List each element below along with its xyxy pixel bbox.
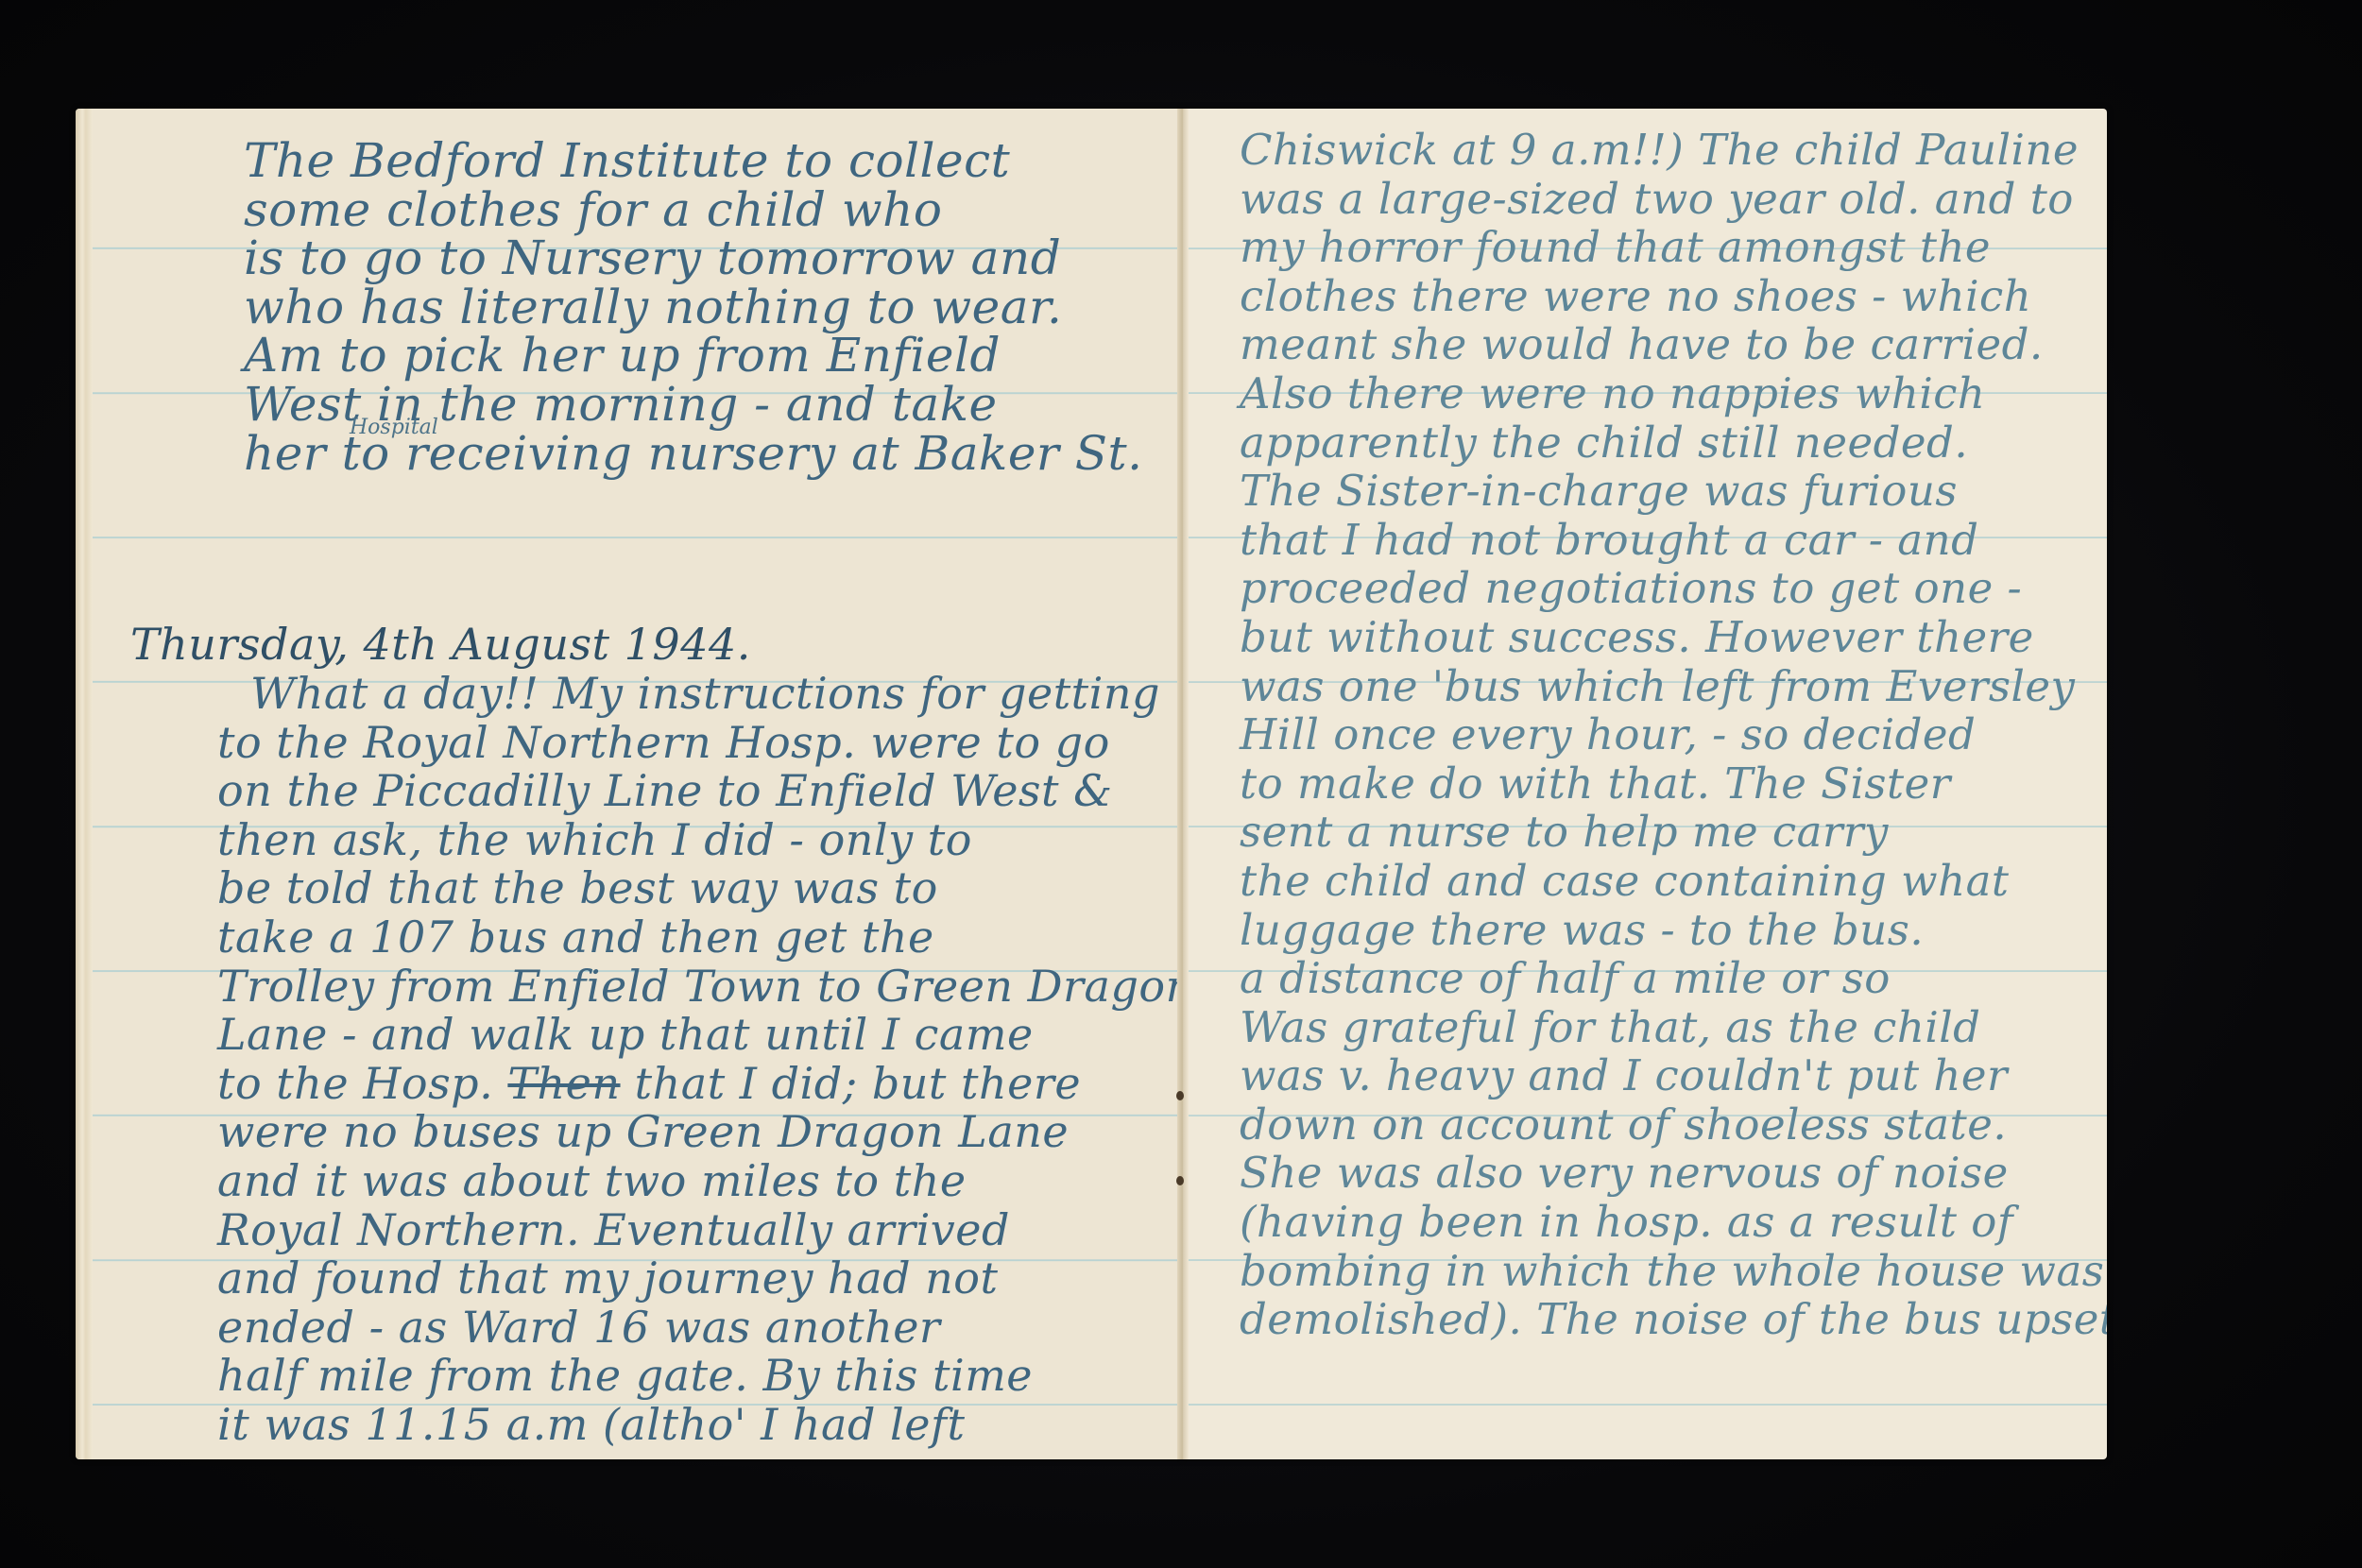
text-line: was one 'bus which left from Eversley [1240, 662, 2107, 711]
left-page-entry: What a day!! My instructions for getting… [217, 670, 1181, 1450]
text-line: clothes there were no shoes - which [1240, 272, 2107, 321]
right-page-entry: Chiswick at 9 a.m!!) The child Pauline w… [1240, 126, 2107, 1344]
text-line: be told that the best way was to [217, 864, 1181, 913]
text-line: to make do with that. The Sister [1240, 759, 2107, 809]
text-line: bombing in which the whole house was [1240, 1247, 2107, 1296]
struck-out-word: Then [507, 1058, 620, 1109]
text-line: a distance of half a mile or so [1240, 954, 2107, 1003]
text-line: sent a nurse to help me carry [1240, 808, 2107, 857]
text-line: were no buses up Green Dragon Lane [217, 1108, 1181, 1157]
text-line: half mile from the gate. By this time [217, 1352, 1181, 1401]
text-line: The Sister-in-charge was furious [1240, 467, 2107, 516]
entry-date-heading: Thursday, 4th August 1944. [130, 621, 751, 670]
text-line: Was grateful for that, as the child [1240, 1003, 2107, 1052]
text-line: take a 107 bus and then get the [217, 913, 1181, 963]
text-line: but without success. However there [1240, 613, 2107, 662]
text-line: (having been in hosp. as a result of [1240, 1198, 2107, 1247]
text-line: demolished). The noise of the bus upset [1240, 1295, 2107, 1344]
text-line: then ask, the which I did - only to [217, 816, 1181, 865]
text-line: Am to pick her up from Enfield [244, 332, 1142, 381]
text-line: was v. heavy and I couldn't put her [1240, 1051, 2107, 1100]
text-line: luggage there was - to the bus. [1240, 906, 2107, 955]
text-line: on the Piccadilly Line to Enfield West & [217, 767, 1181, 816]
text-line: was a large-sized two year old. and to [1240, 175, 2107, 224]
text-line: ended - as Ward 16 was another [217, 1304, 1181, 1353]
open-notebook: The Bedford Institute to collect some cl… [76, 109, 2107, 1459]
text-line: proceeded negotiations to get one - [1240, 564, 2107, 613]
binding-staple-bottom [1176, 1176, 1184, 1185]
text-line: my horror found that amongst the [1240, 223, 2107, 272]
text-line: down on account of shoeless state. [1240, 1100, 2107, 1150]
text-line: Hill once every hour, - so decided [1240, 710, 2107, 759]
text-line: that I had not brought a car - and [1240, 516, 2107, 565]
text-line: What a day!! My instructions for getting [217, 670, 1181, 719]
text-line: apparently the child still needed. [1240, 418, 2107, 468]
text-fragment: to the Hosp. [217, 1058, 493, 1109]
text-line: Lane - and walk up that until I came [217, 1011, 1181, 1060]
inserted-word-hospital: Hospital [350, 416, 438, 439]
text-line: the child and case containing what [1240, 857, 2107, 906]
text-line: to the Royal Northern Hosp. were to go [217, 719, 1181, 768]
text-line: it was 11.15 a.m (altho' I had left [217, 1401, 1181, 1450]
text-line: Chiswick at 9 a.m!!) The child Pauline [1240, 126, 2107, 175]
binding-staple-top [1176, 1091, 1184, 1100]
text-line: is to go to Nursery tomorrow and [244, 234, 1142, 283]
text-line-with-strike: to the Hosp. Then that I did; but there [217, 1060, 1181, 1109]
text-line: and found that my journey had not [217, 1254, 1181, 1304]
right-page: Chiswick at 9 a.m!!) The child Pauline w… [1183, 109, 2107, 1459]
text-line: The Bedford Institute to collect [244, 137, 1142, 186]
text-line: and it was about two miles to the [217, 1157, 1181, 1206]
text-fragment: that I did; but there [635, 1058, 1081, 1109]
date-heading-block: Thursday, 4th August 1944. [130, 621, 751, 670]
text-line: Trolley from Enfield Town to Green Drago… [217, 963, 1181, 1012]
text-line: She was also very nervous of noise [1240, 1149, 2107, 1198]
text-line: some clothes for a child who [244, 186, 1142, 235]
notebook-spine-gutter [1177, 109, 1189, 1459]
text-line: who has literally nothing to wear. [244, 283, 1142, 332]
text-line: Also there were no nappies which [1240, 369, 2107, 418]
text-line: Royal Northern. Eventually arrived [217, 1206, 1181, 1255]
left-page: The Bedford Institute to collect some cl… [76, 109, 1181, 1459]
text-line: meant she would have to be carried. [1240, 320, 2107, 369]
